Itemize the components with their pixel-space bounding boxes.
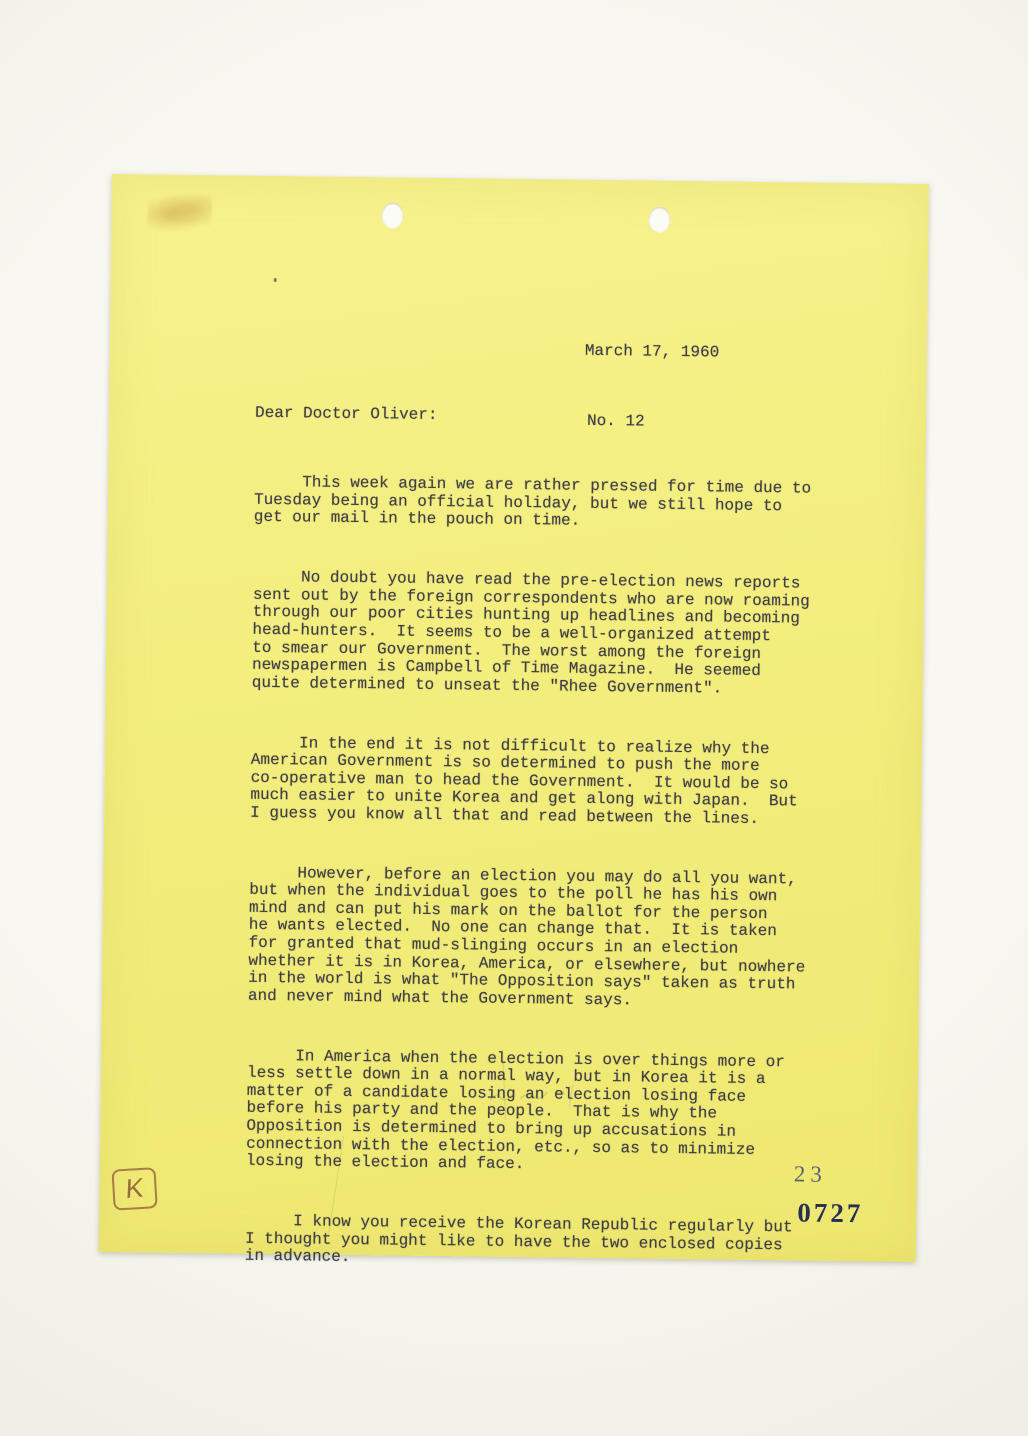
letter-number: No. 12 bbox=[584, 413, 719, 432]
page-number: 23 bbox=[794, 1161, 827, 1187]
k-stamp: K bbox=[111, 1167, 157, 1210]
letter-date: March 17, 1960 bbox=[585, 343, 720, 362]
pencil-smudge bbox=[487, 1082, 607, 1109]
paper-stain bbox=[147, 194, 211, 231]
paragraph-6: I know you receive the Korean Republic r… bbox=[245, 1213, 836, 1273]
punch-hole-left bbox=[381, 202, 403, 228]
letter-body: This week again we are rather pressed fo… bbox=[244, 439, 845, 1315]
ink-speck bbox=[274, 278, 277, 282]
letter-page: March 17, 1960 No. 12 Dear Doctor Oliver… bbox=[99, 174, 929, 1262]
paragraph-3: In the end it is not difficult to realiz… bbox=[250, 734, 841, 829]
paragraph-2: No doubt you have read the pre-election … bbox=[252, 569, 843, 699]
paragraph-4: However, before an election you may do a… bbox=[248, 864, 840, 1012]
punch-hole-right bbox=[648, 207, 670, 233]
paragraph-1: This week again we are rather pressed fo… bbox=[254, 474, 845, 534]
k-stamp-letter: K bbox=[125, 1172, 145, 1205]
paragraph-5: In America when the election is over thi… bbox=[246, 1047, 837, 1177]
archive-number: 0727 bbox=[797, 1197, 863, 1229]
salutation: Dear Doctor Oliver: bbox=[255, 405, 438, 425]
